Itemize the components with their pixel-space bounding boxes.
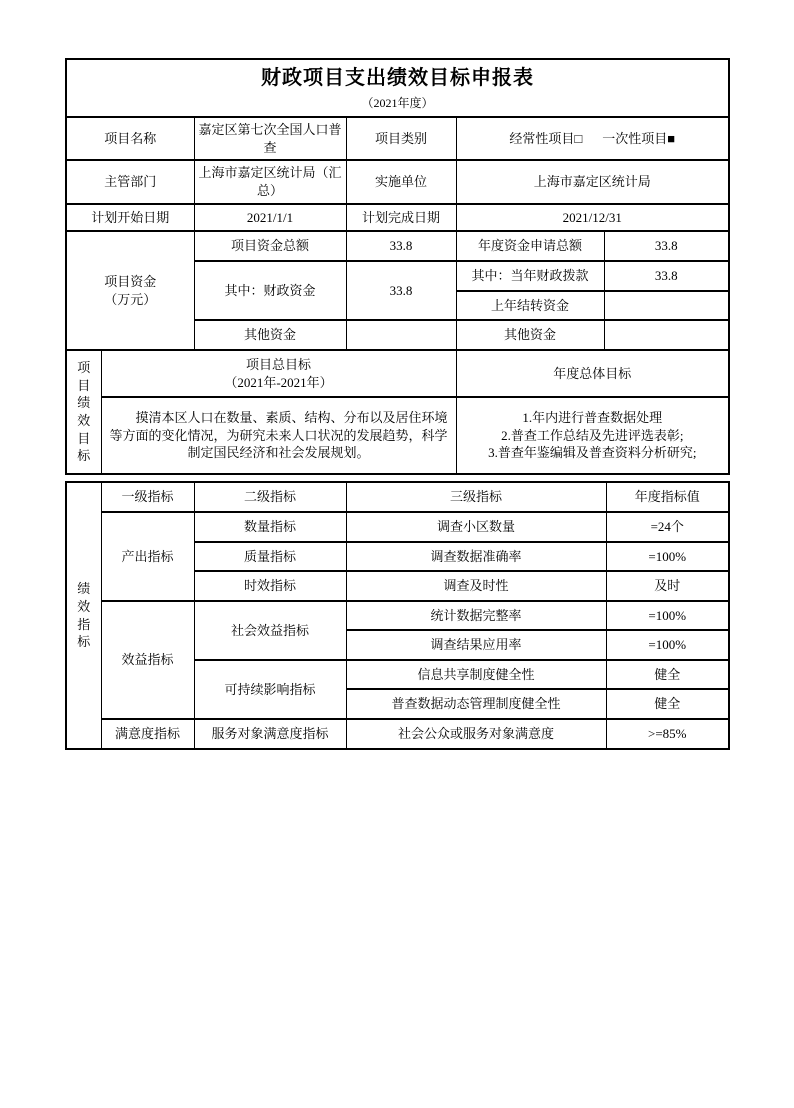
annual-other-label: 其他资金 [456, 320, 604, 350]
project-name-value: 嘉定区第七次全国人口普查 [194, 117, 346, 160]
annual-goal-item: 3.普查年鉴编辑及普查资料分析研究; [461, 444, 725, 462]
indicators-table: 绩效指标 一级指标 二级指标 三级指标 年度指标值 产出指标 数量指标 调查小区… [65, 481, 730, 750]
start-date-label: 计划开始日期 [66, 204, 194, 231]
page-title: 财政项目支出绩效目标申报表 [71, 65, 724, 92]
department-row: 主管部门 上海市嘉定区统计局（汇总） 实施单位 上海市嘉定区统计局 [66, 160, 729, 204]
recurring-checkbox-icon: □ [574, 131, 582, 146]
goals-section-label: 项目绩效目标 [66, 350, 101, 474]
dates-row: 计划开始日期 2021/1/1 计划完成日期 2021/12/31 [66, 204, 729, 231]
level3-header: 三级指标 [346, 482, 606, 512]
funds-label-line2: （万元） [71, 291, 190, 309]
funds-total-label: 项目资金总额 [194, 231, 346, 261]
recurring-option-label: 经常性项目 [509, 131, 574, 146]
fiscal-label: 其中：财政资金 [194, 261, 346, 320]
annual-total-label: 年度资金申请总额 [456, 231, 604, 261]
annual-fiscal-value: 33.8 [604, 261, 729, 291]
indicator-level2: 服务对象满意度指标 [194, 719, 346, 749]
indicator-value: =24个 [606, 512, 729, 542]
overall-goal-label-line1: 项目总目标 [106, 356, 452, 374]
page-subtitle: （2021年度） [71, 95, 724, 111]
indicator-level1: 产出指标 [101, 512, 194, 601]
level1-header: 一级指标 [101, 482, 194, 512]
project-name-label: 项目名称 [66, 117, 194, 160]
end-date-value: 2021/12/31 [456, 204, 729, 231]
indicator-level2: 时效指标 [194, 571, 346, 601]
carryover-value [604, 291, 729, 320]
recurring-option: 经常性项目□ [509, 131, 582, 146]
goals-content-row: 摸清本区人口在数量、素质、结构、分布以及居住环境等方面的变化情况，为研究未来人口… [66, 397, 729, 474]
indicator-value: =100% [606, 630, 729, 660]
annual-fiscal-label: 其中：当年财政拨款 [456, 261, 604, 291]
table-row: 满意度指标 服务对象满意度指标 社会公众或服务对象满意度 >=85% [66, 719, 729, 749]
project-name-row: 项目名称 嘉定区第七次全国人口普查 项目类别 经常性项目□一次性项目■ [66, 117, 729, 160]
project-category-label: 项目类别 [346, 117, 456, 160]
goals-header-row: 项目绩效目标 项目总目标 （2021年-2021年） 年度总体目标 [66, 350, 729, 397]
fiscal-value: 33.8 [346, 261, 456, 320]
onetime-option-label: 一次性项目 [602, 131, 667, 146]
indicator-level2: 社会效益指标 [194, 601, 346, 660]
indicator-level1: 效益指标 [101, 601, 194, 719]
onetime-option: 一次性项目■ [602, 131, 675, 146]
indicator-level2: 可持续影响指标 [194, 660, 346, 719]
annual-goal-item: 2.普查工作总结及先进评选表彰; [461, 427, 725, 445]
funds-total-value: 33.8 [346, 231, 456, 261]
table-row: 效益指标 社会效益指标 统计数据完整率 =100% [66, 601, 729, 630]
annual-goal-list: 1.年内进行普查数据处理 2.普查工作总结及先进评选表彰; 3.普查年鉴编辑及普… [456, 397, 729, 474]
funds-section-label: 项目资金 （万元） [66, 231, 194, 350]
indicators-section-label: 绩效指标 [66, 482, 101, 749]
carryover-label: 上年结转资金 [456, 291, 604, 320]
indicator-value: 健全 [606, 689, 729, 719]
funds-total-row: 项目资金 （万元） 项目资金总额 33.8 年度资金申请总额 33.8 [66, 231, 729, 261]
overall-goal-label: 项目总目标 （2021年-2021年） [101, 350, 456, 397]
indicator-level3: 普查数据动态管理制度健全性 [346, 689, 606, 719]
indicator-value: =100% [606, 542, 729, 571]
declaration-form: 财政项目支出绩效目标申报表 （2021年度） 项目名称 嘉定区第七次全国人口普查… [65, 58, 728, 750]
value-header: 年度指标值 [606, 482, 729, 512]
indicator-level3: 调查结果应用率 [346, 630, 606, 660]
level2-header: 二级指标 [194, 482, 346, 512]
other-funds-label: 其他资金 [194, 320, 346, 350]
unit-value: 上海市嘉定区统计局 [456, 160, 729, 204]
overall-goal-text: 摸清本区人口在数量、素质、结构、分布以及居住环境等方面的变化情况，为研究未来人口… [101, 397, 456, 474]
funds-label-line1: 项目资金 [71, 273, 190, 291]
start-date-value: 2021/1/1 [194, 204, 346, 231]
project-category-value: 经常性项目□一次性项目■ [456, 117, 729, 160]
info-table: 财政项目支出绩效目标申报表 （2021年度） 项目名称 嘉定区第七次全国人口普查… [65, 58, 730, 475]
document-page: 财政项目支出绩效目标申报表 （2021年度） 项目名称 嘉定区第七次全国人口普查… [0, 0, 794, 1108]
onetime-checkbox-filled-icon: ■ [667, 131, 675, 146]
table-row: 产出指标 数量指标 调查小区数量 =24个 [66, 512, 729, 542]
indicator-level3: 统计数据完整率 [346, 601, 606, 630]
indicator-level3: 调查及时性 [346, 571, 606, 601]
indicator-value: 健全 [606, 660, 729, 689]
unit-label: 实施单位 [346, 160, 456, 204]
annual-other-value [604, 320, 729, 350]
department-label: 主管部门 [66, 160, 194, 204]
indicator-level3: 调查小区数量 [346, 512, 606, 542]
department-value: 上海市嘉定区统计局（汇总） [194, 160, 346, 204]
indicators-header-row: 绩效指标 一级指标 二级指标 三级指标 年度指标值 [66, 482, 729, 512]
indicator-level3: 社会公众或服务对象满意度 [346, 719, 606, 749]
indicator-value: =100% [606, 601, 729, 630]
annual-goal-label: 年度总体目标 [456, 350, 729, 397]
overall-goal-label-line2: （2021年-2021年） [106, 374, 452, 392]
annual-goal-item: 1.年内进行普查数据处理 [461, 409, 725, 427]
indicator-value: 及时 [606, 571, 729, 601]
indicator-level3: 信息共享制度健全性 [346, 660, 606, 689]
title-row: 财政项目支出绩效目标申报表 （2021年度） [66, 59, 729, 117]
other-funds-value [346, 320, 456, 350]
indicator-level2: 质量指标 [194, 542, 346, 571]
indicator-level3: 调查数据准确率 [346, 542, 606, 571]
end-date-label: 计划完成日期 [346, 204, 456, 231]
indicator-level1: 满意度指标 [101, 719, 194, 749]
indicator-level2: 数量指标 [194, 512, 346, 542]
indicator-value: >=85% [606, 719, 729, 749]
annual-total-value: 33.8 [604, 231, 729, 261]
title-cell: 财政项目支出绩效目标申报表 （2021年度） [66, 59, 729, 117]
